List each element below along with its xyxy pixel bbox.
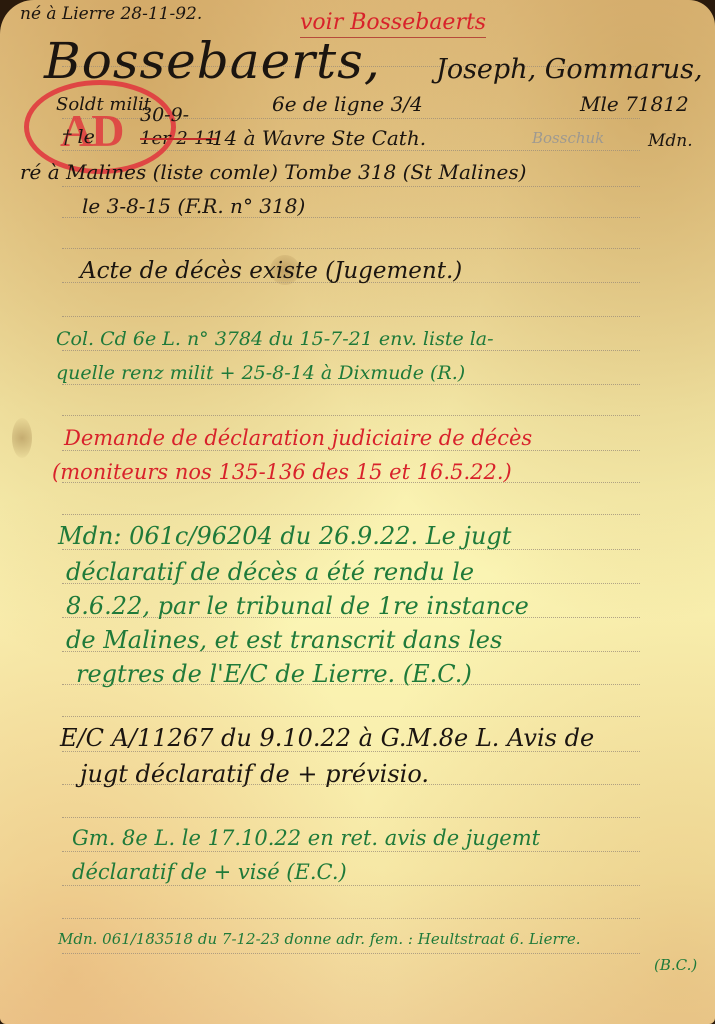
green-note-2-line-4: de Malines, et est transcrit dans les bbox=[66, 628, 502, 652]
green-note-2-line-5: regtres de l'E/C de Lierre. (E.C.) bbox=[76, 662, 472, 686]
ruled-line bbox=[62, 953, 640, 954]
death-place: -14 à Wavre Ste Cath. bbox=[205, 128, 426, 148]
green-note-2-line-2: déclaratif de décès a été rendu le bbox=[66, 560, 474, 584]
green-note-4-line-2: déclaratif de + visé (E.C.) bbox=[72, 862, 347, 883]
index-card: né à Lierre 28-11-92. voir Bossebaerts B… bbox=[0, 0, 715, 1024]
ruled-line bbox=[62, 885, 640, 886]
green-note-1-line-2: quelle renz milit + 25-8-14 à Dixmude (R… bbox=[56, 364, 465, 383]
ruled-line bbox=[62, 918, 640, 919]
cross-reference: voir Bossebaerts bbox=[300, 12, 486, 34]
mdn-label: Mdn. bbox=[648, 133, 693, 150]
death-prefix: † le bbox=[62, 128, 95, 147]
green-note-5-line-2: (B.C.) bbox=[654, 958, 697, 973]
ruled-line bbox=[62, 384, 640, 385]
matricule: Mle 71812 bbox=[580, 94, 689, 114]
ruled-line bbox=[62, 851, 640, 852]
red-note-line-1: Demande de déclaration judiciaire de déc… bbox=[64, 428, 532, 449]
pencil-note: Bosschuk bbox=[532, 131, 604, 146]
burial-date: le 3-8-15 (F.R. n° 318) bbox=[82, 196, 305, 216]
birth-note: né à Lierre 28-11-92. bbox=[20, 6, 202, 23]
burial-note: ré à Malines (liste comle) Tombe 318 (St… bbox=[20, 162, 526, 182]
given-names: Joseph, Gommarus, bbox=[436, 56, 703, 83]
ruled-line bbox=[62, 350, 640, 351]
ruled-line bbox=[62, 186, 640, 187]
ruled-line bbox=[62, 817, 640, 818]
green-note-1-line-1: Col. Cd 6e L. n° 3784 du 15-7-21 env. li… bbox=[56, 330, 494, 349]
ruled-line bbox=[62, 248, 640, 249]
ruled-line bbox=[62, 450, 640, 451]
ruled-line bbox=[62, 514, 640, 515]
date-correction: 30-9- bbox=[140, 106, 189, 125]
red-note-line-2: (moniteurs nos 135-136 des 15 et 16.5.22… bbox=[52, 462, 512, 483]
regiment: 6e de ligne 3/4 bbox=[272, 94, 423, 114]
rank: Soldt milit bbox=[56, 96, 151, 114]
green-note-3-line-1: E/C A/11267 du 9.10.22 à G.M.8e L. Avis … bbox=[60, 726, 594, 750]
green-note-3-line-2: jugt déclaratif de + prévisio. bbox=[80, 762, 429, 786]
green-note-2-line-1: Mdn: 061c/96204 du 26.9.22. Le jugt bbox=[58, 524, 511, 548]
surname: Bossebaerts, bbox=[44, 36, 381, 86]
ruled-line bbox=[62, 316, 640, 317]
death-act-note: Acte de décès existe (Jugement.) bbox=[80, 260, 462, 283]
ruled-line bbox=[62, 716, 640, 717]
green-note-4-line-1: Gm. 8e L. le 17.10.22 en ret. avis de ju… bbox=[72, 828, 540, 849]
stain bbox=[12, 418, 32, 458]
ruled-line bbox=[62, 415, 640, 416]
green-note-2-line-3: 8.6.22, par le tribunal de 1re instance bbox=[66, 594, 529, 618]
green-note-5-line-1: Mdn. 061/183518 du 7-12-23 donne adr. fe… bbox=[58, 932, 580, 947]
